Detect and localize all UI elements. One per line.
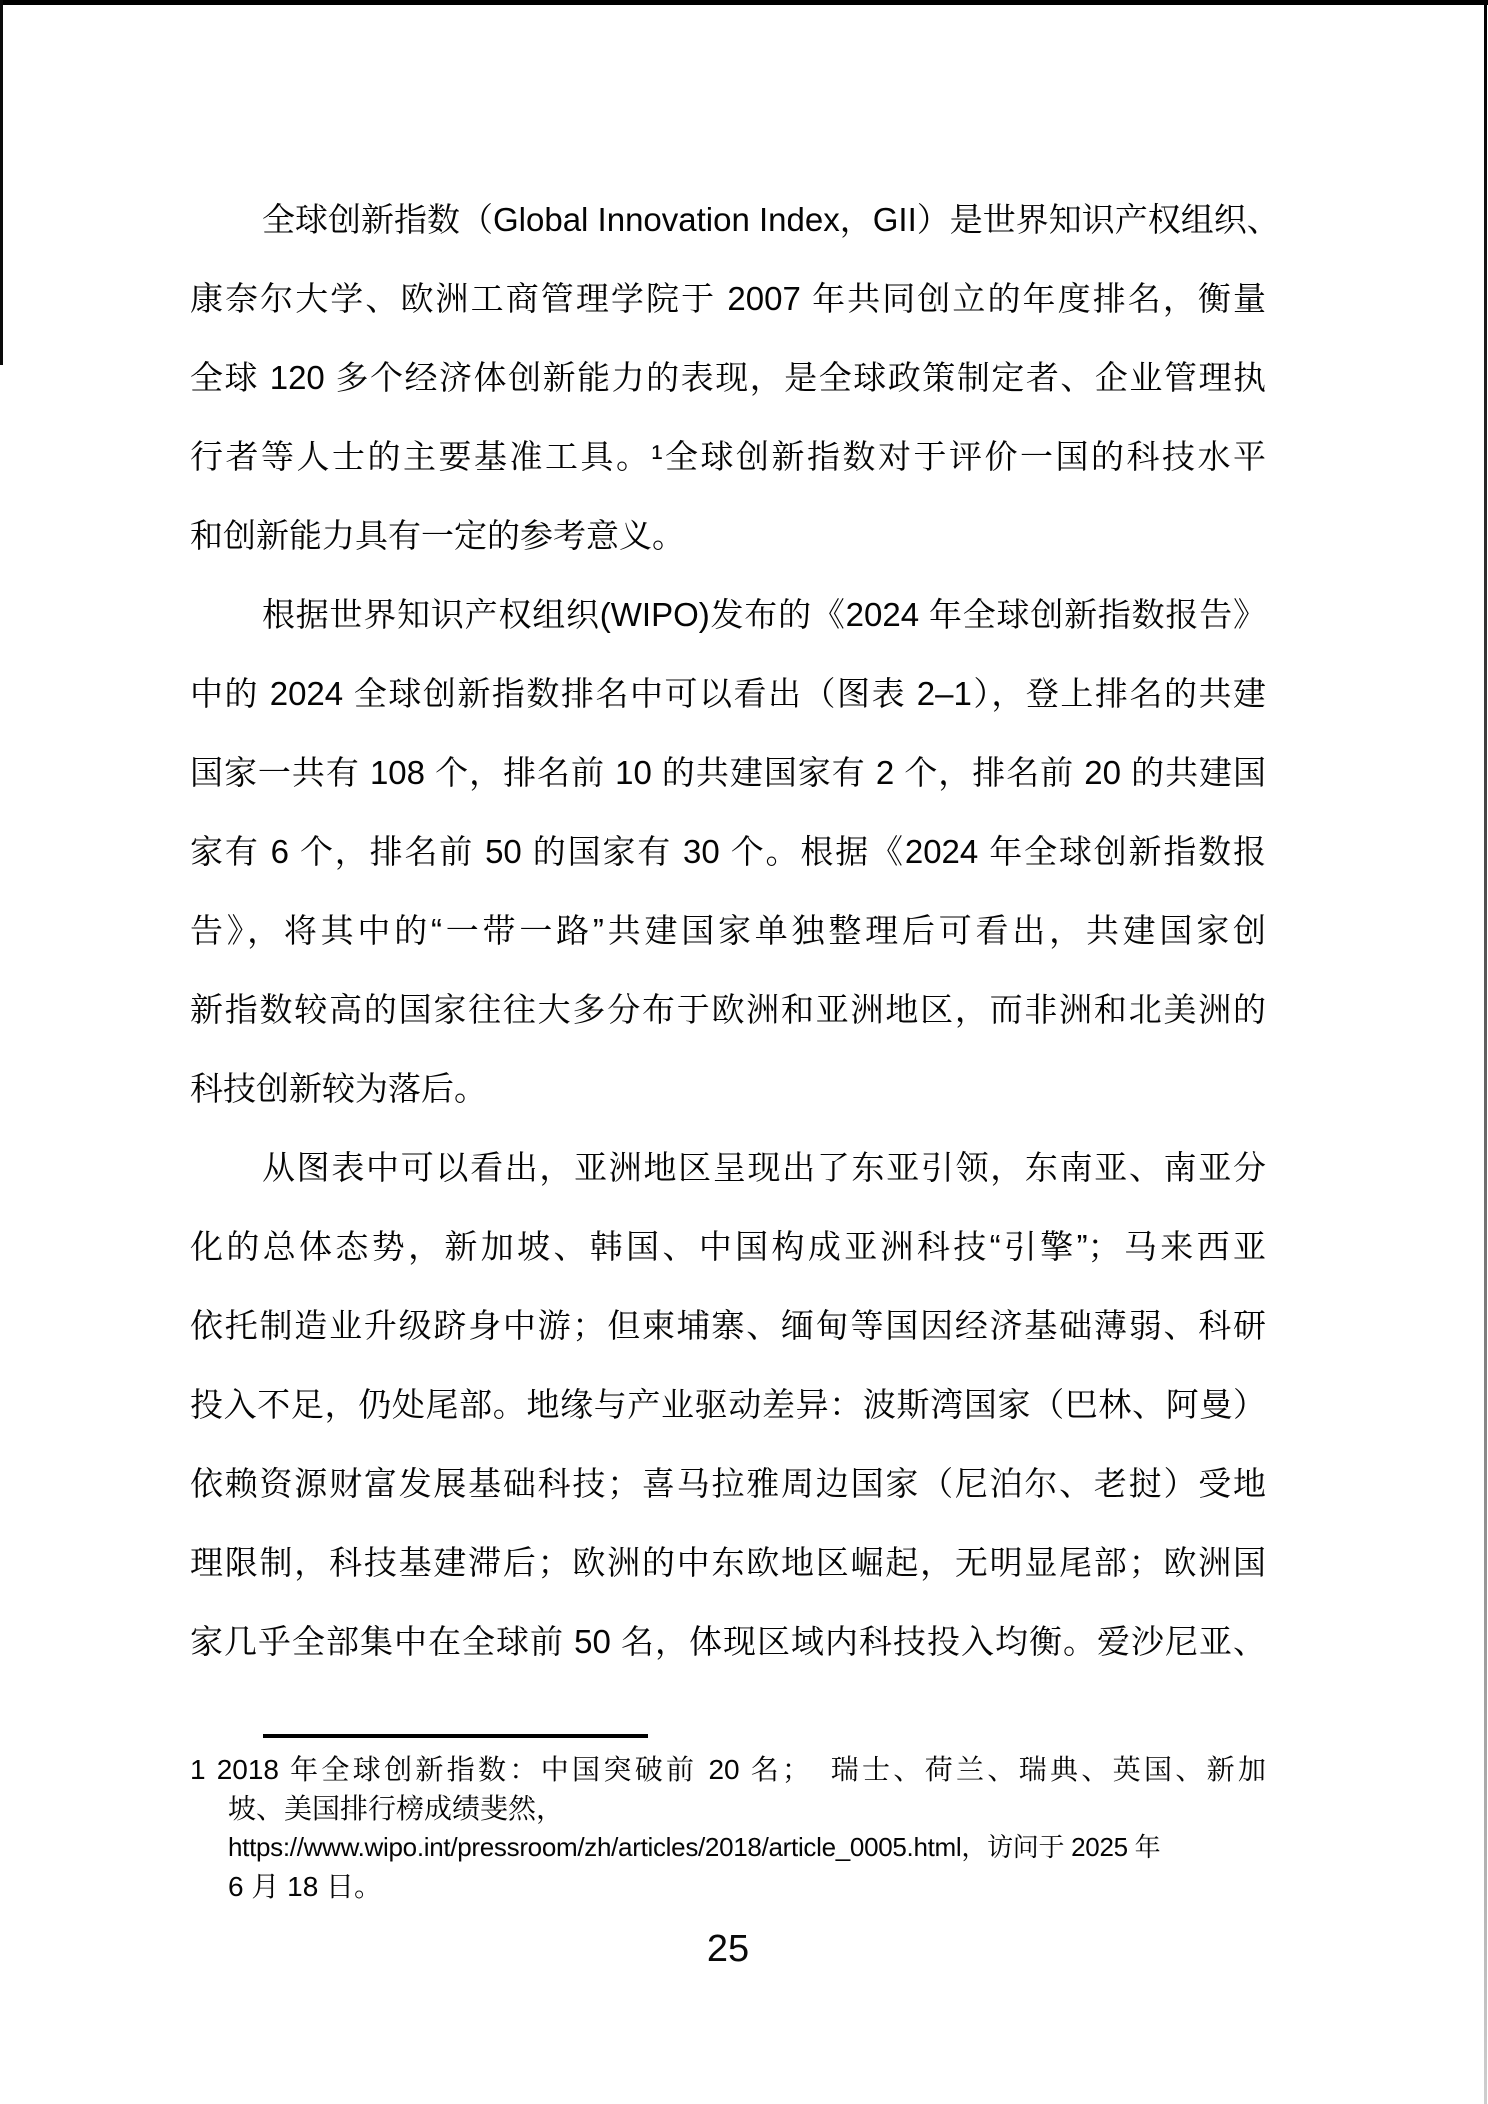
footnote-line: 1 2018 年全球创新指数：中国突破前 20 名； 瑞士、荷兰、瑞典、英国、新… [190,1750,1266,1789]
document-page: { "page": { "number": "25" }, "body": { … [0,0,1488,2104]
body-line: 康奈尔大学、欧洲工商管理学院于 2007 年共同创立的年度排名，衡量 [190,259,1266,338]
body-line: 新指数较高的国家往往大多分布于欧洲和亚洲地区，而非洲和北美洲的 [190,970,1266,1049]
body-line: 和创新能力具有一定的参考意义。 [190,496,1266,575]
body-line: 从图表中可以看出，亚洲地区呈现出了东亚引领，东南亚、南亚分 [190,1128,1266,1207]
body-line: 家有 6 个，排名前 50 的国家有 30 个。根据《2024 年全球创新指数报 [190,812,1266,891]
body-line: 科技创新较为落后。 [190,1049,1266,1128]
body-line: 国家一共有 108 个，排名前 10 的共建国家有 2 个，排名前 20 的共建… [190,733,1266,812]
body-line: 全球创新指数（Global Innovation Index，GII）是世界知识… [190,180,1266,259]
footnote-line: 6 月 18 日。 [190,1867,1266,1906]
body-line: 化的总体态势，新加坡、韩国、中国构成亚洲科技“引擎”；马来西亚 [190,1207,1266,1286]
page-number: 25 [190,1926,1266,1972]
body-line: 依赖资源财富发展基础科技；喜马拉雅周边国家（尼泊尔、老挝）受地 [190,1444,1266,1523]
body-line: 依托制造业升级跻身中游；但柬埔寨、缅甸等国因经济基础薄弱、科研 [190,1286,1266,1365]
body-line: 行者等人士的主要基准工具。¹全球创新指数对于评价一国的科技水平 [190,417,1266,496]
body-line: 理限制，科技基建滞后；欧洲的中东欧地区崛起，无明显尾部；欧洲国 [190,1523,1266,1602]
body-line: 根据世界知识产权组织(WIPO)发布的《2024 年全球创新指数报告》 [190,575,1266,654]
footnote-block: 1 2018 年全球创新指数：中国突破前 20 名； 瑞士、荷兰、瑞典、英国、新… [190,1750,1266,1906]
body-line: 投入不足，仍处尾部。地缘与产业驱动差异：波斯湾国家（巴林、阿曼） [190,1365,1266,1444]
footnote-line: 坡、美国排行榜成绩斐然， [190,1789,1266,1828]
footnote-marker: 1 [190,1754,206,1785]
body-line: 中的 2024 全球创新指数排名中可以看出（图表 2–1），登上排名的共建 [190,654,1266,733]
scan-edge-left [0,0,3,365]
body-line: 家几乎全部集中在全球前 50 名，体现区域内科技投入均衡。爱沙尼亚、 [190,1602,1266,1681]
footnote-text: 2018 年全球创新指数：中国突破前 20 名； 瑞士、荷兰、瑞典、英国、新加 [217,1754,1266,1785]
body-line: 告》，将其中的“一带一路”共建国家单独整理后可看出，共建国家创 [190,891,1266,970]
scan-edge-right [1484,0,1487,2104]
body-line: 全球 120 多个经济体创新能力的表现，是全球政策制定者、企业管理执 [190,338,1266,417]
footnote-separator [263,1734,648,1738]
footnote-url-line: https://www.wipo.int/pressroom/zh/articl… [190,1828,1266,1867]
scan-edge-top [0,0,1488,5]
body-text-block: 全球创新指数（Global Innovation Index，GII）是世界知识… [190,180,1266,1681]
